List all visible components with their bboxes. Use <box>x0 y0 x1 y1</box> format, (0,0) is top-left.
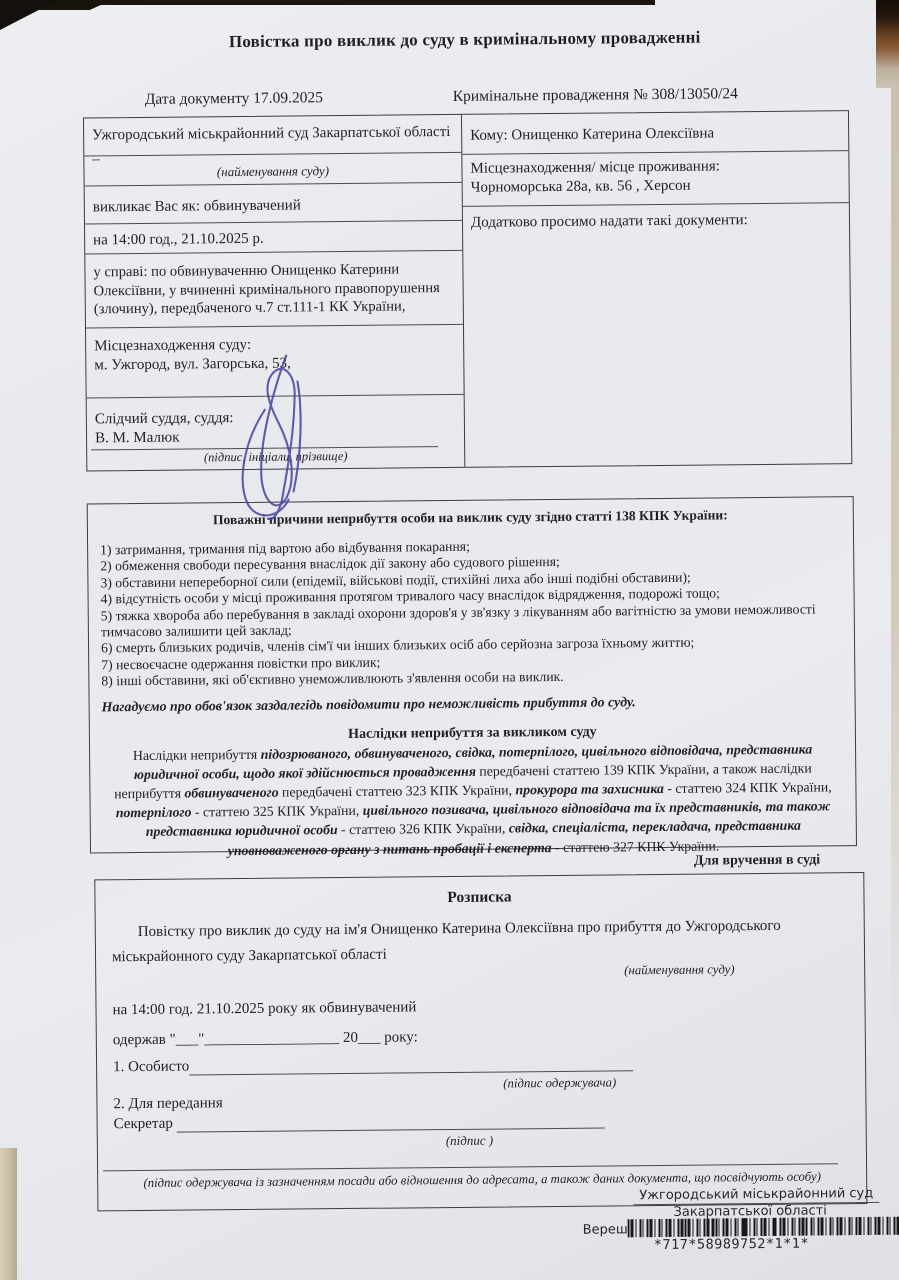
consequences-emphasis: обвинуваченого <box>184 785 282 801</box>
documents-request: Додатково просимо надати такі документи: <box>463 203 851 467</box>
for-court-delivery-note: Для вручення в суді <box>694 852 820 869</box>
consequences-emphasis: потерпілого <box>116 805 195 821</box>
document-date: Дата документу 17.09.2025 <box>145 89 323 109</box>
personally-label: 1. Особисто <box>113 1059 189 1076</box>
consequences-text: - статтею 324 КПК України, <box>667 779 832 796</box>
summons-document: Повістка про виклик до суду в кримінальн… <box>0 0 899 1280</box>
recipient-signature-caption: (підпис одержувача) <box>503 1075 616 1091</box>
receipt-body: Повістку про виклик до суду на ім'я Онищ… <box>112 913 848 970</box>
hearing-datetime: на 14:00 год., 21.10.2025 р. <box>85 221 462 255</box>
barcode <box>628 1217 899 1238</box>
court-name: Ужгородський міськрайонний суд Закарпатс… <box>84 115 461 157</box>
receipt-heading: Розписка <box>95 885 863 910</box>
case-details: у справі: по обвинуваченню Онищенко Кате… <box>85 251 463 329</box>
signature-caption: (підпис ) <box>446 1133 494 1149</box>
receipt-court-caption: (найменування суду) <box>624 962 735 978</box>
consequences-text: - статтею 325 КПК України, <box>195 803 363 820</box>
consequences-text: - статтею 326 КПК України, <box>341 821 509 838</box>
court-name-caption: (найменування суду) <box>84 153 461 187</box>
judge-ink-signature <box>202 351 354 524</box>
recipient-name: Кому: Онищенко Катерина Олексіївна <box>462 111 848 155</box>
barcode-prefix: Вереш <box>583 1222 628 1237</box>
transfer-label: 2. Для передання <box>113 1095 222 1113</box>
secretary-label: Секретар <box>114 1116 173 1133</box>
photo-background-bottom-left <box>0 1148 17 1280</box>
receipt-datetime: на 14:00 год. 21.10.2025 року як обвинув… <box>112 999 416 1019</box>
summon-as-line: викликає Вас як: обвинувачений <box>85 183 462 225</box>
receipt-received-line: одержав "___"__________________ 20___ ро… <box>113 1029 418 1049</box>
photo-background-right-edge <box>891 86 899 1046</box>
receipt-box: Розписка Повістку про виклик до суду на … <box>94 872 867 1211</box>
recipient-address: Місцезнаходження/ місце проживання: Чорн… <box>462 151 848 207</box>
receipt-personally-line: 1. Особисто <box>113 1054 633 1076</box>
judge-name: В. М. Малюк <box>95 429 180 446</box>
consequences-text: Наслідки неприбуття <box>133 746 261 762</box>
reminder-line: Нагадуємо про обов'язок заздалегідь пові… <box>102 693 843 716</box>
reasons-box: Поважні причини неприбуття особи на викл… <box>87 496 857 853</box>
secretary-line: Секретар <box>114 1112 605 1134</box>
footer-court-line1: Ужгородський міськрайонний суд <box>633 1186 879 1205</box>
summons-table: Ужгородський міськрайонний суд Закарпатс… <box>83 110 852 471</box>
reasons-list: 1) затримання, тримання під вартою або в… <box>100 535 842 690</box>
consequences-text: - статтею 327 КПК України. <box>555 838 720 855</box>
recipient-column: Кому: Онищенко Катерина Олексіївна Місце… <box>462 111 851 467</box>
consequences-emphasis: прокурора та захисника <box>515 781 667 797</box>
consequences-text: передбачені статтею 323 КПК України, <box>282 782 516 799</box>
document-photo: Повістка про виклик до суду в кримінальн… <box>0 0 899 1280</box>
recipient-address-label: Місцезнаходження/ місце проживання: <box>470 158 720 176</box>
document-title: Повістка про виклик до суду в кримінальн… <box>0 26 893 55</box>
case-number: Кримінальне провадження № 308/13050/24 <box>453 85 738 106</box>
barcode-digits: *717*58989752*1*1* <box>654 1236 809 1253</box>
consequences-paragraph: Наслідки неприбуття підозрюваного, обвин… <box>102 739 844 861</box>
secretary-signature-line <box>177 1115 605 1133</box>
recipient-address-value: Чорноморська 28а, кв. 56 , Херсон <box>471 177 691 195</box>
photo-background-top-right <box>876 0 899 88</box>
personally-signature-line <box>189 1057 633 1075</box>
